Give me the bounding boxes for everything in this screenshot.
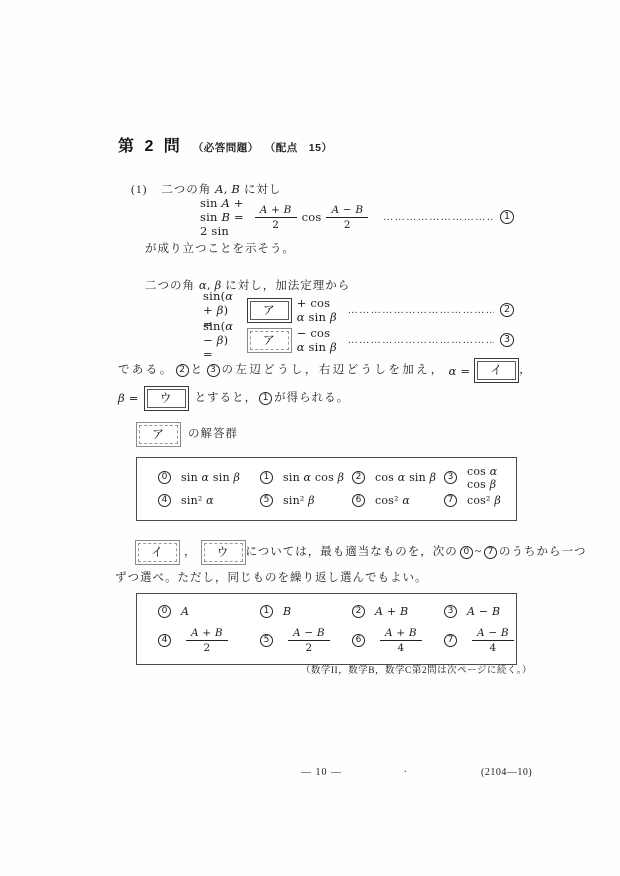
circled-digit: 0 [158, 605, 171, 618]
option-b1: 1B [260, 605, 352, 618]
eq1-dot-leader: ……………………………………………………………… [383, 212, 494, 223]
option-b2: 2A + B [352, 605, 444, 618]
part1-intro-pre: 二つの角 [161, 184, 215, 196]
group-iu-sep: ， [184, 543, 197, 561]
answer-box-u: ウ [144, 386, 189, 411]
option-b3: 3A − B [444, 605, 519, 618]
eq1-lhs: sin A + sin B = 2 sin [200, 196, 250, 238]
group-a-box-label: ア [139, 425, 178, 444]
circled-digit: 4 [158, 494, 171, 507]
circled-digit: 6 [352, 494, 365, 507]
problem-tag-required: （必答問題） [193, 140, 259, 155]
circled-digit: 7 [444, 494, 457, 507]
sentence-comma: ， [519, 361, 532, 379]
continuation-note: （数学II，数学B，数学C第2問は次ページに続く。） [301, 662, 532, 676]
page-number: — 10 — [301, 767, 342, 778]
option-b4: 4A + B2 [158, 627, 260, 654]
option-a7: 7cos² β [444, 494, 508, 507]
option-expr: A [181, 605, 189, 618]
answer-box-i-label: イ [477, 361, 516, 380]
option-fraction: A − B4 [472, 627, 514, 654]
circled-digit: 5 [260, 634, 273, 647]
show-statement: が成り立つことを示そう。 [145, 240, 295, 258]
equation-2: sin(α + β) = ア + cos α sin β ……………………………… [203, 297, 514, 323]
option-b6: 6A + B4 [352, 627, 444, 654]
option-a1: 1sin α cos β [260, 471, 352, 484]
option-expr: sin² β [283, 494, 315, 507]
option-expr: A − B [467, 605, 500, 618]
answer-box-a-eq3: ア [247, 328, 292, 353]
eq3-dot-leader: ……………………………………………………………… [348, 335, 494, 346]
group-iu-instruction-line1: イ ， ウ については，最も適当なものを，次の0~7のうちから一つ [135, 540, 587, 564]
option-fraction: A − B2 [288, 627, 330, 654]
option-a5: 5sin² β [260, 494, 352, 507]
answer-box-a-label-2: ア [250, 331, 289, 350]
part1-marker: (1) [131, 184, 147, 196]
circled-digit: 1 [260, 471, 273, 484]
group-iu-box-u-label: ウ [204, 543, 243, 562]
eq1-cos: cos [302, 210, 322, 224]
option-expr: sin α sin β [181, 471, 240, 484]
exam-page: 第 2 問 （必答問題） （配点 15） (1) 二つの角 A, B に対し s… [0, 0, 620, 876]
beta-equals: β = [118, 391, 139, 405]
circled-digit: 1 [260, 605, 273, 618]
part1-intro-vars: A, B [215, 182, 240, 196]
option-expr: cos α sin β [375, 471, 436, 484]
circled-digit: 6 [352, 634, 365, 647]
answer-box-i: イ [474, 358, 519, 383]
stray-dot: . [404, 764, 408, 775]
circled-ref-3: 3 [207, 364, 220, 377]
circled-digit: 2 [352, 471, 365, 484]
group-a-options-table: 0sin α sin β 1sin α cos β 2cos α sin β 3… [136, 457, 517, 521]
circled-ref-2: 2 [176, 364, 189, 377]
answer-box-a-eq2: ア [247, 298, 292, 323]
eq1-fraction-1: A + B2 [255, 204, 297, 231]
circled-ref-lo: 0 [460, 546, 473, 559]
option-a0: 0sin α sin β [158, 471, 260, 484]
result-post: が得られる。 [274, 389, 349, 407]
option-a6: 6cos² α [352, 494, 444, 507]
equation-3: sin(α − β) = ア − cos α sin β ……………………………… [203, 327, 514, 353]
eq3-rhs: − cos α sin β [297, 326, 338, 354]
sentence-join2: と [191, 361, 205, 379]
eq1-fraction-2: A − B2 [326, 204, 368, 231]
option-expr: cos α cos β [467, 465, 508, 491]
option-expr: sin α cos β [283, 471, 344, 484]
option-b5: 5A − B2 [260, 627, 352, 654]
eq3-circled-label: 3 [500, 333, 514, 347]
option-fraction: A + B4 [380, 627, 422, 654]
option-expr: cos² β [467, 494, 501, 507]
circled-digit: 7 [444, 634, 457, 647]
circled-digit: 3 [444, 471, 457, 484]
option-expr: sin² α [181, 494, 214, 507]
option-b0: 0A [158, 605, 260, 618]
group-iu-box-i-label: イ [138, 543, 177, 562]
circled-digit: 2 [352, 605, 365, 618]
sentence-join1: である。 [118, 361, 174, 379]
option-expr: A + B [375, 605, 408, 618]
eq2-circled-label: 2 [500, 303, 514, 317]
group-a-title: の解答群 [188, 425, 238, 443]
group-a-heading: ア の解答群 [136, 421, 238, 447]
alpha-equals: α = [449, 364, 471, 378]
option-a2: 2cos α sin β [352, 471, 444, 484]
beta-sentence: β = ウ とすると，1が得られる。 [118, 385, 349, 411]
option-expr: B [283, 605, 291, 618]
group-iu-box-i: イ [135, 540, 180, 565]
option-a3: 3cos α cos β [444, 465, 508, 491]
problem-header: 第 2 問 （必答問題） （配点 15） [118, 133, 332, 156]
eq3-lhs: sin(α − β) = [203, 319, 242, 361]
answer-box-u-label: ウ [147, 389, 186, 408]
circled-digit: 4 [158, 634, 171, 647]
option-expr: cos² α [375, 494, 410, 507]
equation-1: sin A + sin B = 2 sin A + B2 cos A − B2 … [200, 200, 514, 234]
problem-number: 第 2 問 [118, 133, 183, 156]
addition-sentence: である。2と3の左辺どうし，右辺どうしを加え， α = イ ， [118, 357, 532, 384]
answer-box-a-label: ア [250, 301, 289, 320]
alpha-intro-pre: 二つの角 [145, 280, 199, 292]
circled-ref-hi: 7 [484, 546, 497, 559]
group-iu-box-u: ウ [201, 540, 246, 565]
option-fraction: A + B2 [186, 627, 228, 654]
option-a4: 4sin² α [158, 494, 260, 507]
group-iu-tilde: ~ [475, 543, 482, 561]
eq1-circled-label: 1 [500, 210, 514, 224]
circled-digit: 3 [444, 605, 457, 618]
group-iu-line1-post: については，最も適当なものを，次の [246, 543, 458, 561]
group-iu-options-table: 0A 1B 2A + B 3A − B 4A + B2 5A − B2 6A +… [136, 593, 517, 665]
group-iu-line1-end: のうちから一つ [499, 543, 587, 561]
group-iu-instruction-line2: ずつ選べ。ただし，同じものを繰り返し選んでもよい。 [115, 569, 428, 587]
eq2-rhs: + cos α sin β [297, 296, 338, 324]
sentence-join3: の左辺どうし，右辺どうしを加え， [222, 361, 445, 379]
problem-tag-points: （配点 15） [265, 140, 333, 155]
alpha-beta-intro: 二つの角 α, β に対し，加法定理から [145, 276, 350, 295]
circled-digit: 5 [260, 494, 273, 507]
circled-ref-1: 1 [259, 392, 272, 405]
group-a-box: ア [136, 422, 181, 447]
circled-digit: 0 [158, 471, 171, 484]
booklet-code: (2104—10) [481, 767, 532, 778]
option-b7: 7A − B4 [444, 627, 519, 654]
part1-intro-post: に対し [240, 184, 281, 196]
eq2-dot-leader: ……………………………………………………………… [348, 305, 494, 316]
result-pre: とすると， [195, 389, 258, 407]
